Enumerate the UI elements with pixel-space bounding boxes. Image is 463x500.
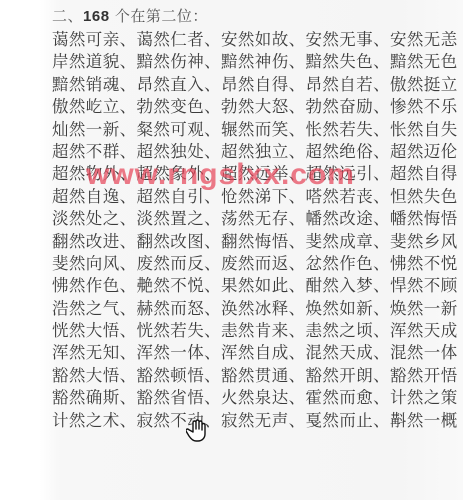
idiom-line: 傲然屹立、勃然变色、勃然大怒、勃然奋励、惨然不乐 [52, 96, 462, 118]
idiom-line: 豁然确斯、豁然省悟、火然泉达、霍然而愈、计然之策 [52, 387, 462, 409]
idiom-list: 蔼然可亲、蔼然仁者、安然如故、安然无事、安然无恙 岸然道貌、黯然伤神、黯然神伤、… [52, 29, 462, 432]
idiom-line: 翻然改进、翻然改图、翻然悔悟、斐然成章、斐然乡风 [52, 231, 462, 253]
idiom-line: 斐然向风、废然而反、废然而返、忿然作色、怫然不悦 [52, 253, 462, 275]
idiom-line: 浩然之气、赫然而怒、涣然冰释、焕然如新、焕然一新 [52, 298, 462, 320]
heading-number: 168 [83, 8, 110, 25]
idiom-line: 豁然大悟、豁然顿悟、豁然贯通、豁然开朗、豁然开悟 [52, 365, 462, 387]
heading-prefix: 二、 [52, 7, 83, 25]
idiom-line: 恍然大悟、恍然若失、恚然肯来、恚然之顷、浑然天成 [52, 320, 462, 342]
hand-pointer-icon [186, 419, 208, 443]
heading-suffix: 个在第二位： [110, 7, 208, 25]
idiom-line: 超然自逸、超然自引、怆然涕下、嗒然若丧、怛然失色 [52, 186, 462, 208]
idiom-line: 计然之术、寂然不动、寂然无声、戛然而止、斠然一概 [52, 410, 462, 432]
idiom-line: 淡然处之、淡然置之、荡然无存、幡然改途、幡然悔悟 [52, 208, 462, 230]
idiom-line: 超然物外、超然象外、超然远举、超然远引、超然自得 [52, 163, 462, 185]
idiom-line: 超然不群、超然独处、超然独立、超然绝俗、超然迈伦 [52, 141, 462, 163]
idiom-line: 浑然无知、浑然一体、浑然自成、混然天成、混然一体 [52, 342, 462, 364]
section-heading: 二、168 个在第二位： [52, 6, 208, 27]
idiom-line: 灿然一新、粲然可观、辗然而笑、怅然若失、怅然自失 [52, 119, 462, 141]
document-page: 二、168 个在第二位： 蔼然可亲、蔼然仁者、安然如故、安然无事、安然无恙 岸然… [0, 0, 463, 500]
idiom-line: 怫然作色、艴然不悦、果然如此、酣然入梦、悍然不顾 [52, 275, 462, 297]
idiom-line: 岸然道貌、黯然伤神、黯然神伤、黯然失色、黯然无色 [52, 51, 462, 73]
idiom-line: 蔼然可亲、蔼然仁者、安然如故、安然无事、安然无恙 [52, 29, 462, 51]
idiom-line: 黯然销魂、昂然直入、昂然自得、昂然自若、傲然挺立 [52, 74, 462, 96]
